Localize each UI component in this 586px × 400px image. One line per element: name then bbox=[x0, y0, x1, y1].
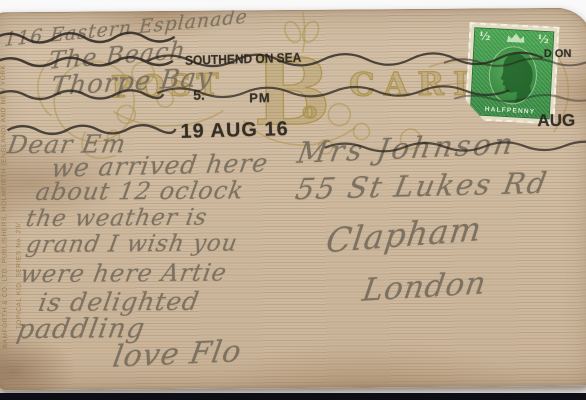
postcard: POST B o CARD BAMFORTH & CO. LTD. PUBLIS… bbox=[0, 8, 586, 391]
scan-edge-band bbox=[0, 393, 586, 400]
cancellation-wavy-lines bbox=[0, 8, 586, 391]
scan-background: POST B o CARD BAMFORTH & CO. LTD. PUBLIS… bbox=[0, 0, 586, 400]
